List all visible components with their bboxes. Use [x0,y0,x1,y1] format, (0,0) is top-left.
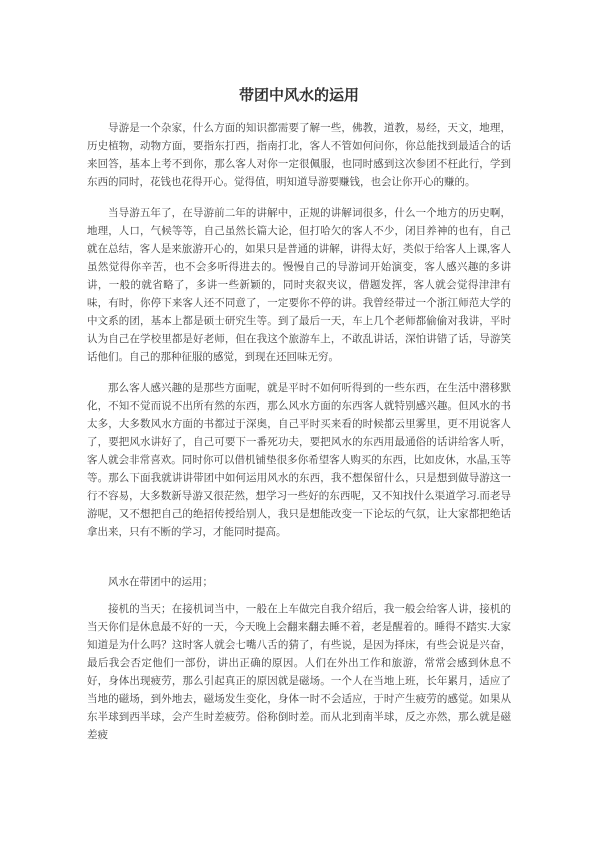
section-heading: 风水在带团中的运用； [87,574,511,592]
paragraph-1: 导游是一个杂家，什么方面的知识都需要了解一些，佛教，道教，易经，天文，地理，历史… [87,120,511,192]
document-page: 带团中风水的运用 导游是一个杂家，什么方面的知识都需要了解一些，佛教，道教，易经… [0,0,595,842]
paragraph-3: 那么客人感兴趣的是那些方面呢，就是平时不如何听得到的一些东西，在生活中潜移默化，… [87,380,511,542]
paragraph-4: 接机的当天；在接机词当中，一般在上车做完自我介绍后，我一般会给客人讲，接机的当天… [87,601,511,745]
paragraph-2: 当导游五年了，在导游前二年的讲解中，正规的讲解词很多，什么一个地方的历史啊，地理… [87,205,511,367]
document-title: 带团中风水的运用 [87,84,511,105]
